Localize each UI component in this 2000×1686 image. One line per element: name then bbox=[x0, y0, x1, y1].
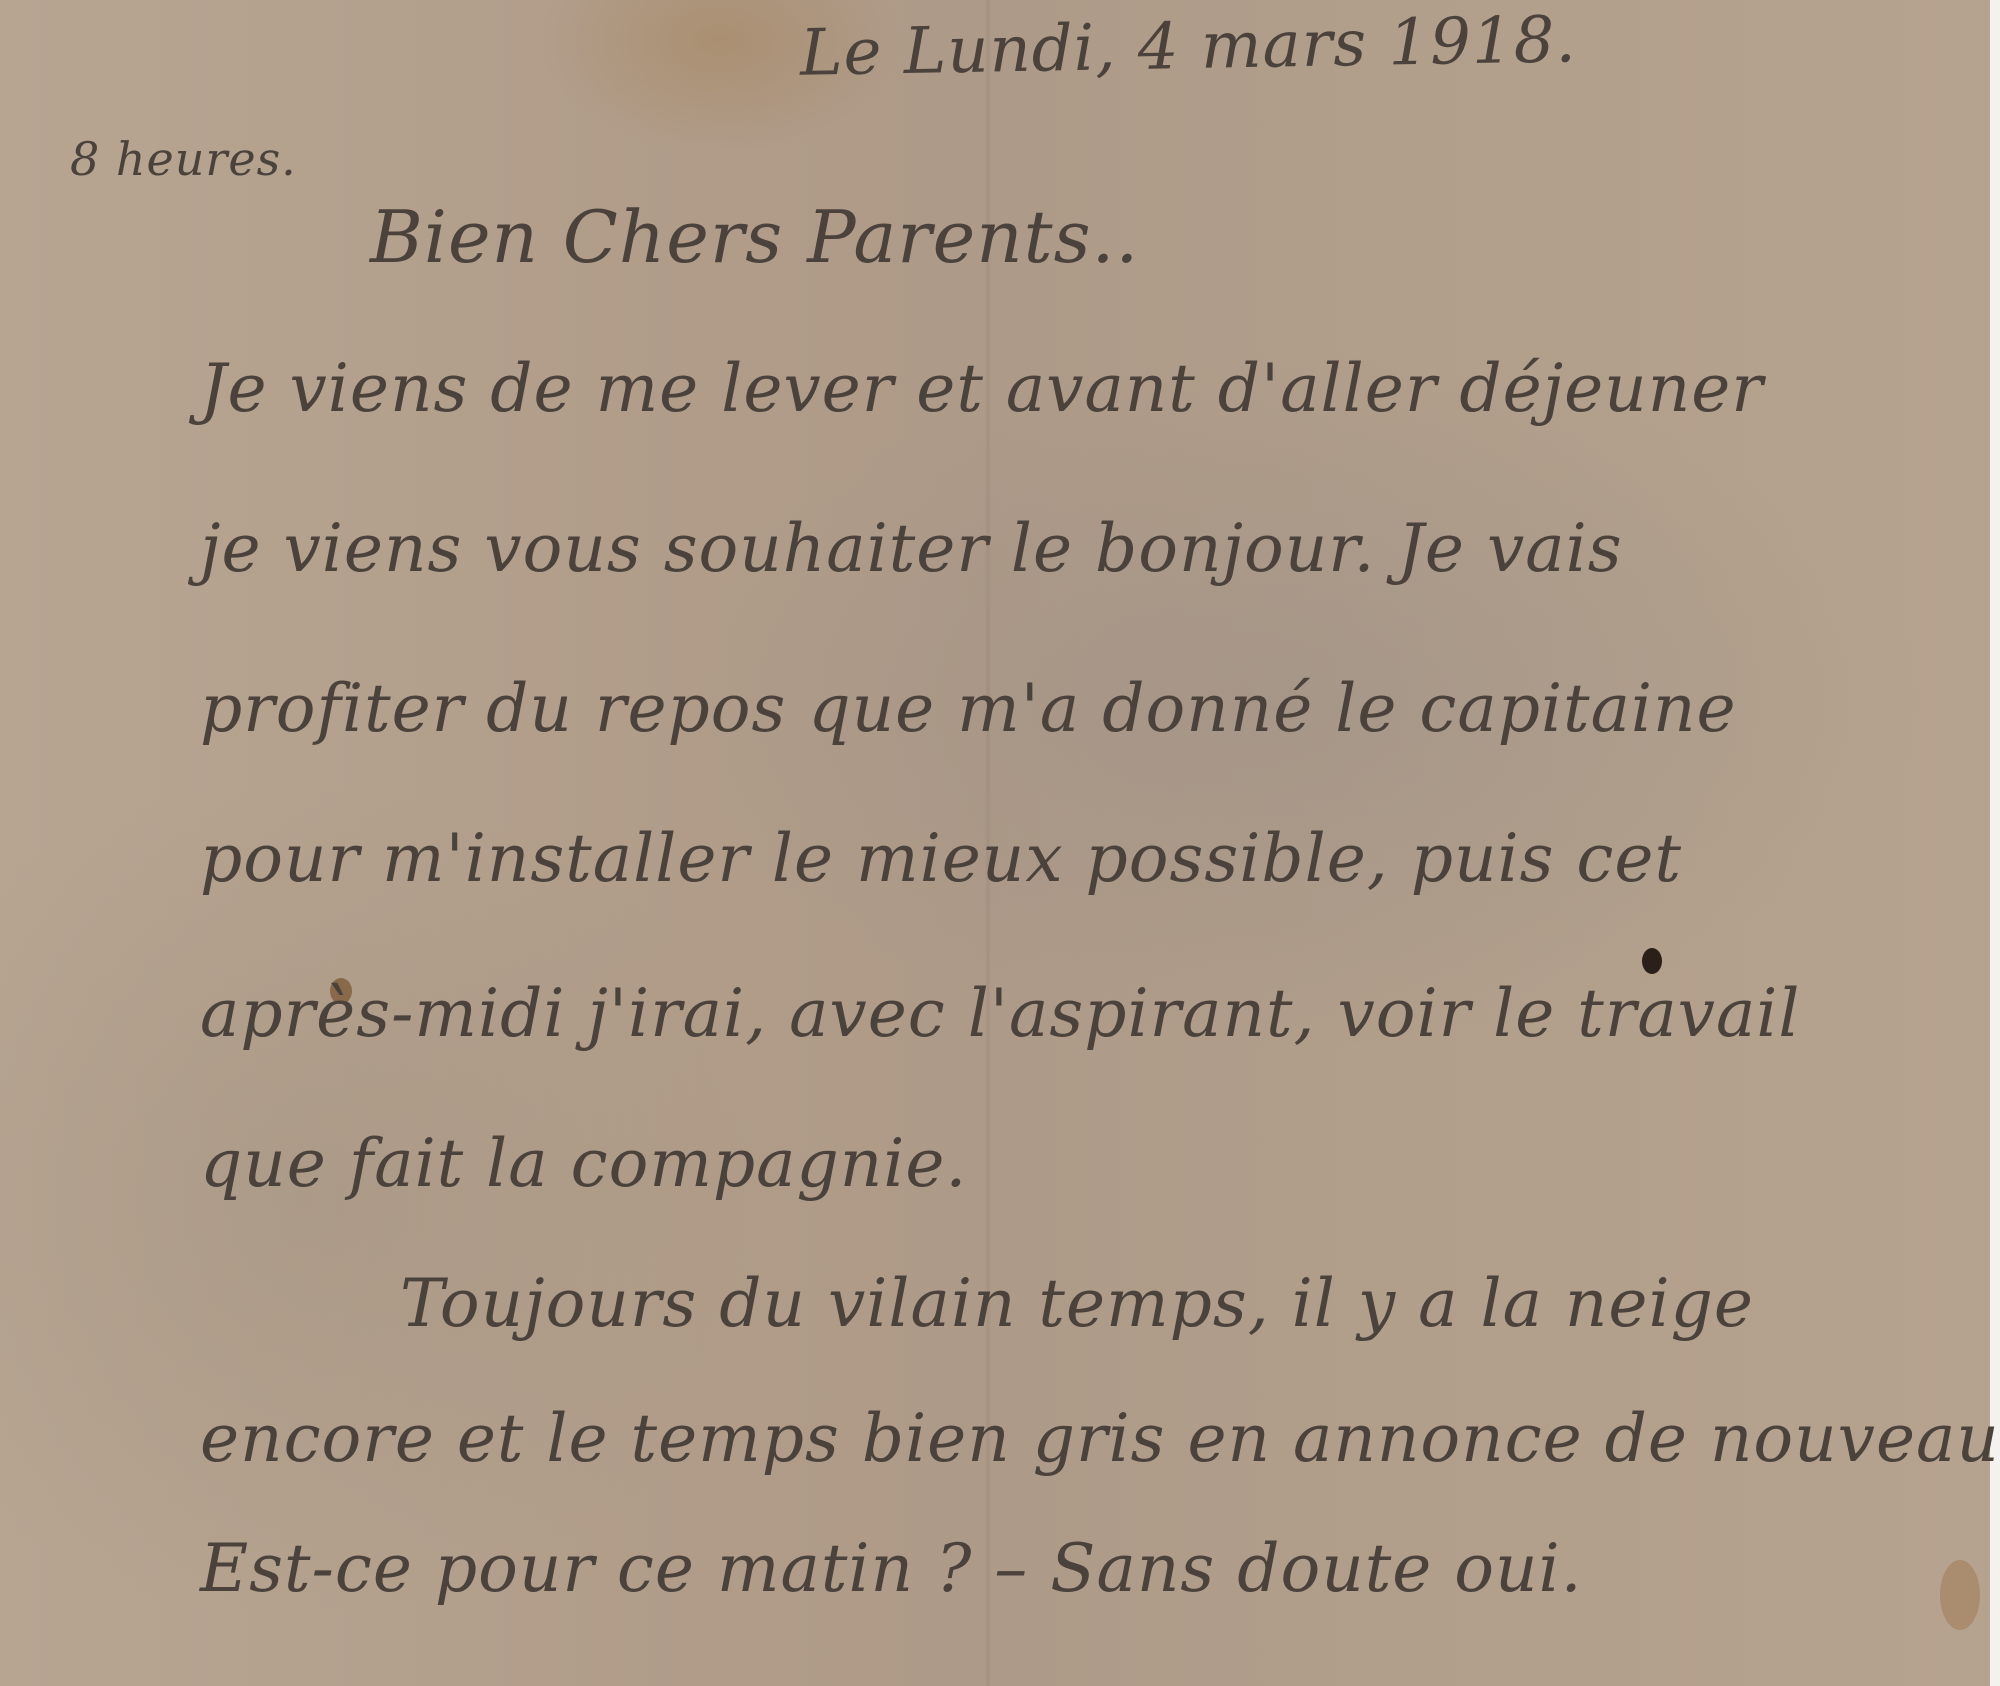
letter-line: Je viens de me lever et avant d'aller dé… bbox=[200, 350, 1764, 427]
letter-line: que fait la compagnie. bbox=[200, 1125, 967, 1202]
letter-salutation: Bien Chers Parents.. bbox=[370, 195, 1139, 279]
letter-time-note: 8 heures. bbox=[70, 132, 297, 186]
letter-line: encore et le temps bien gris en annonce … bbox=[200, 1400, 2000, 1477]
letter-line: Est-ce pour ce matin ? – Sans doute oui. bbox=[200, 1530, 1583, 1607]
edge-stain bbox=[1940, 1560, 1980, 1630]
letter-date: Le Lundi, 4 mars 1918. bbox=[799, 3, 1577, 91]
letter-line: après-midi j'irai, avec l'aspirant, voir… bbox=[200, 975, 1801, 1052]
letter-line: Toujours du vilain temps, il y a la neig… bbox=[400, 1265, 1754, 1342]
letter-line: pour m'installer le mieux possible, puis… bbox=[200, 820, 1682, 897]
ink-blot bbox=[1642, 948, 1662, 974]
letter-line: je viens vous souhaiter le bonjour. Je v… bbox=[200, 510, 1623, 587]
letter-line: profiter du repos que m'a donné le capit… bbox=[200, 670, 1737, 747]
